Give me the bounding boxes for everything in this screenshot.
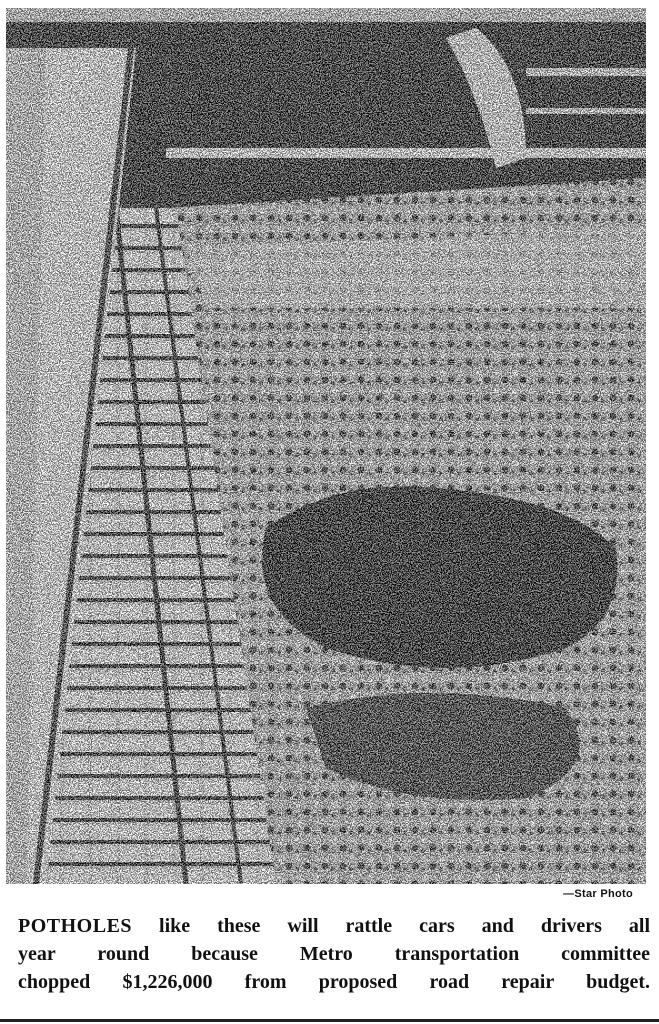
pothole-street-photo [6, 8, 646, 884]
photo-credit: —Star Photo [563, 888, 633, 900]
photo-caption: POTHOLES like these will rattle cars and… [18, 912, 650, 996]
news-photo [6, 8, 646, 884]
caption-lead: POTHOLES [18, 915, 132, 937]
bottom-rule [0, 1019, 659, 1022]
caption-line-1: POTHOLES like these will rattle cars and… [18, 912, 650, 940]
caption-line-2: year round because Metro transportation … [18, 940, 650, 968]
caption-line-3: chopped $1,226,000 from proposed road re… [18, 968, 650, 996]
